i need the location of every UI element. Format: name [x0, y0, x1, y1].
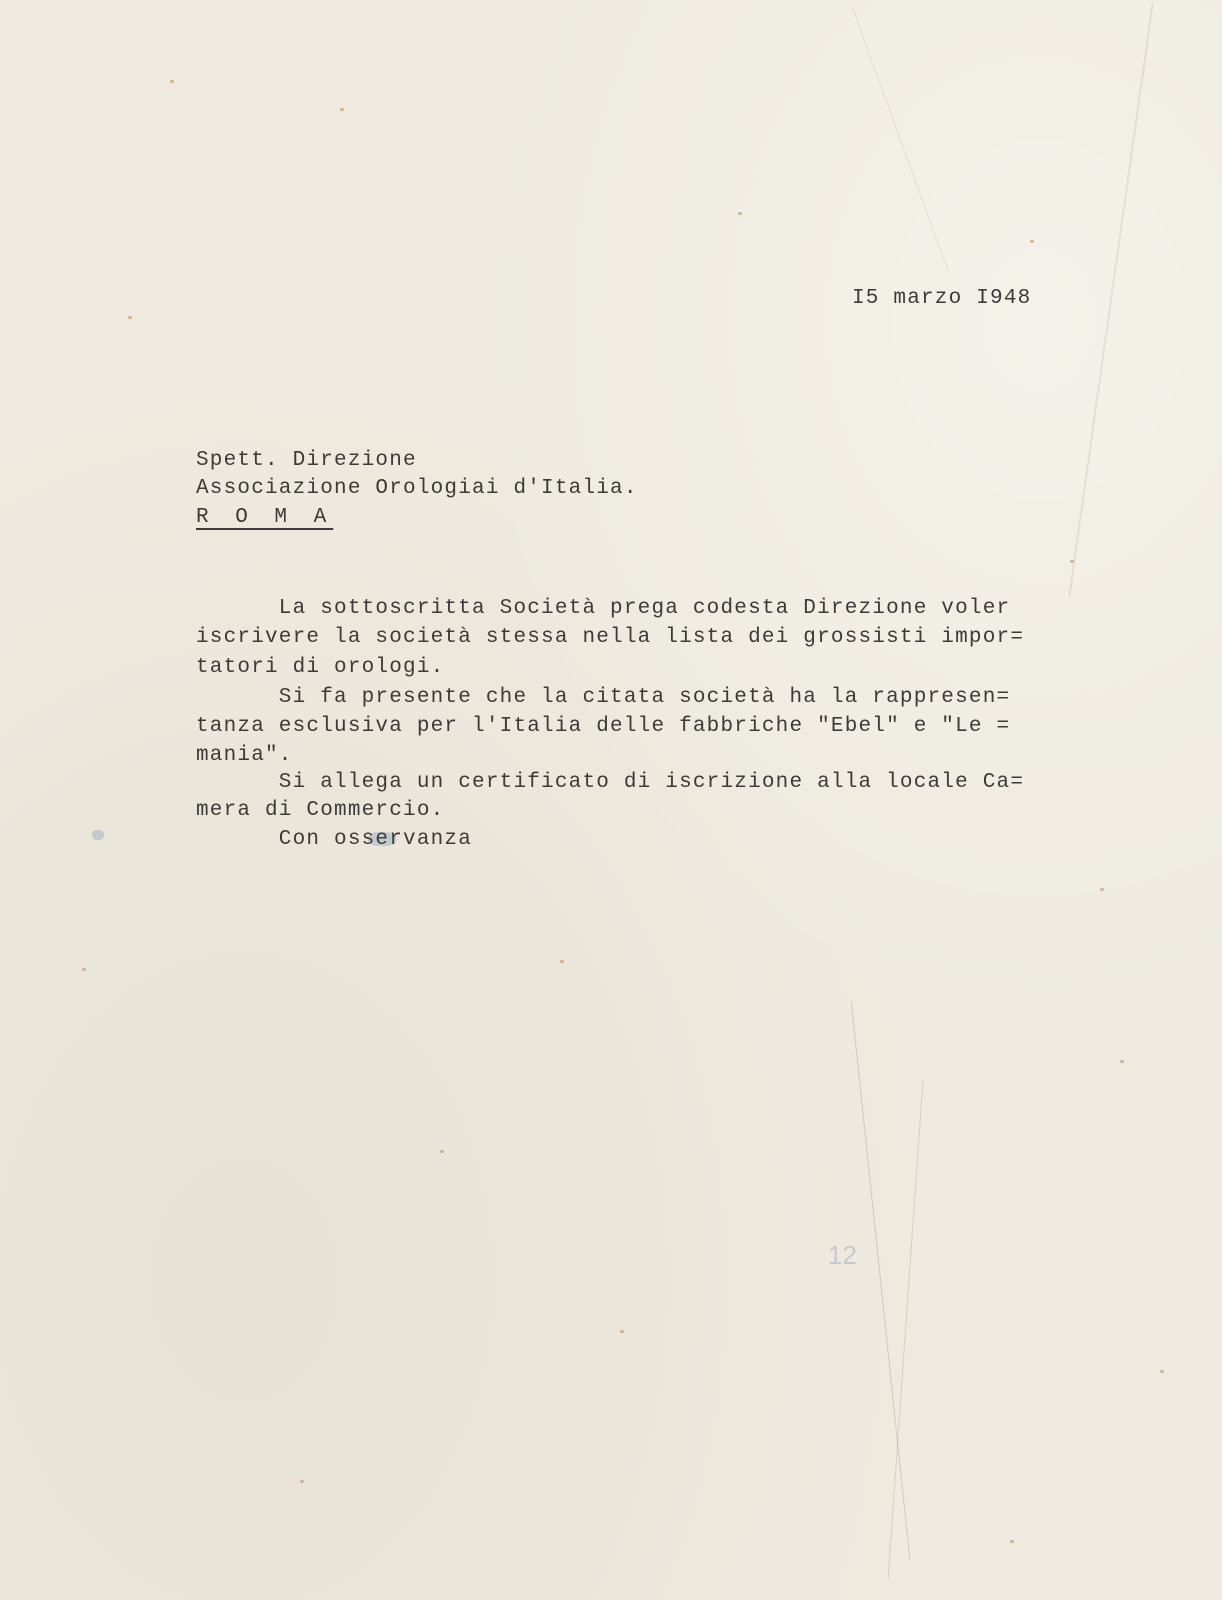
- paper-crease: [1068, 3, 1153, 597]
- recipient-city: R O M A: [196, 507, 333, 528]
- closing-line: Con osservanza: [196, 829, 472, 850]
- paper-sheet: [0, 0, 1222, 1600]
- paper-crease: [852, 8, 949, 271]
- body-line: tatori di orologi.: [196, 657, 444, 678]
- pencil-line: [888, 1081, 924, 1580]
- body-line: La sottoscritta Società prega codesta Di…: [196, 598, 1010, 619]
- body-line: Si fa presente che la citata società ha …: [196, 687, 1010, 708]
- body-line: mania".: [196, 745, 293, 766]
- body-line: Si allega un certificato di iscrizione a…: [196, 772, 1024, 793]
- body-line: iscrivere la società stessa nella lista …: [196, 627, 1024, 648]
- body-line: mera di Commercio.: [196, 800, 444, 821]
- letter-date: I5 marzo I948: [852, 288, 1031, 309]
- pencil-line: [851, 1001, 911, 1558]
- ink-smudge: [92, 830, 104, 840]
- recipient-organization: Associazione Orologiai d'Italia.: [196, 478, 638, 499]
- body-line: tanza esclusiva per l'Italia delle fabbr…: [196, 716, 1010, 737]
- recipient-salutation: Spett. Direzione: [196, 450, 417, 471]
- pencil-page-mark: 12: [828, 1240, 857, 1271]
